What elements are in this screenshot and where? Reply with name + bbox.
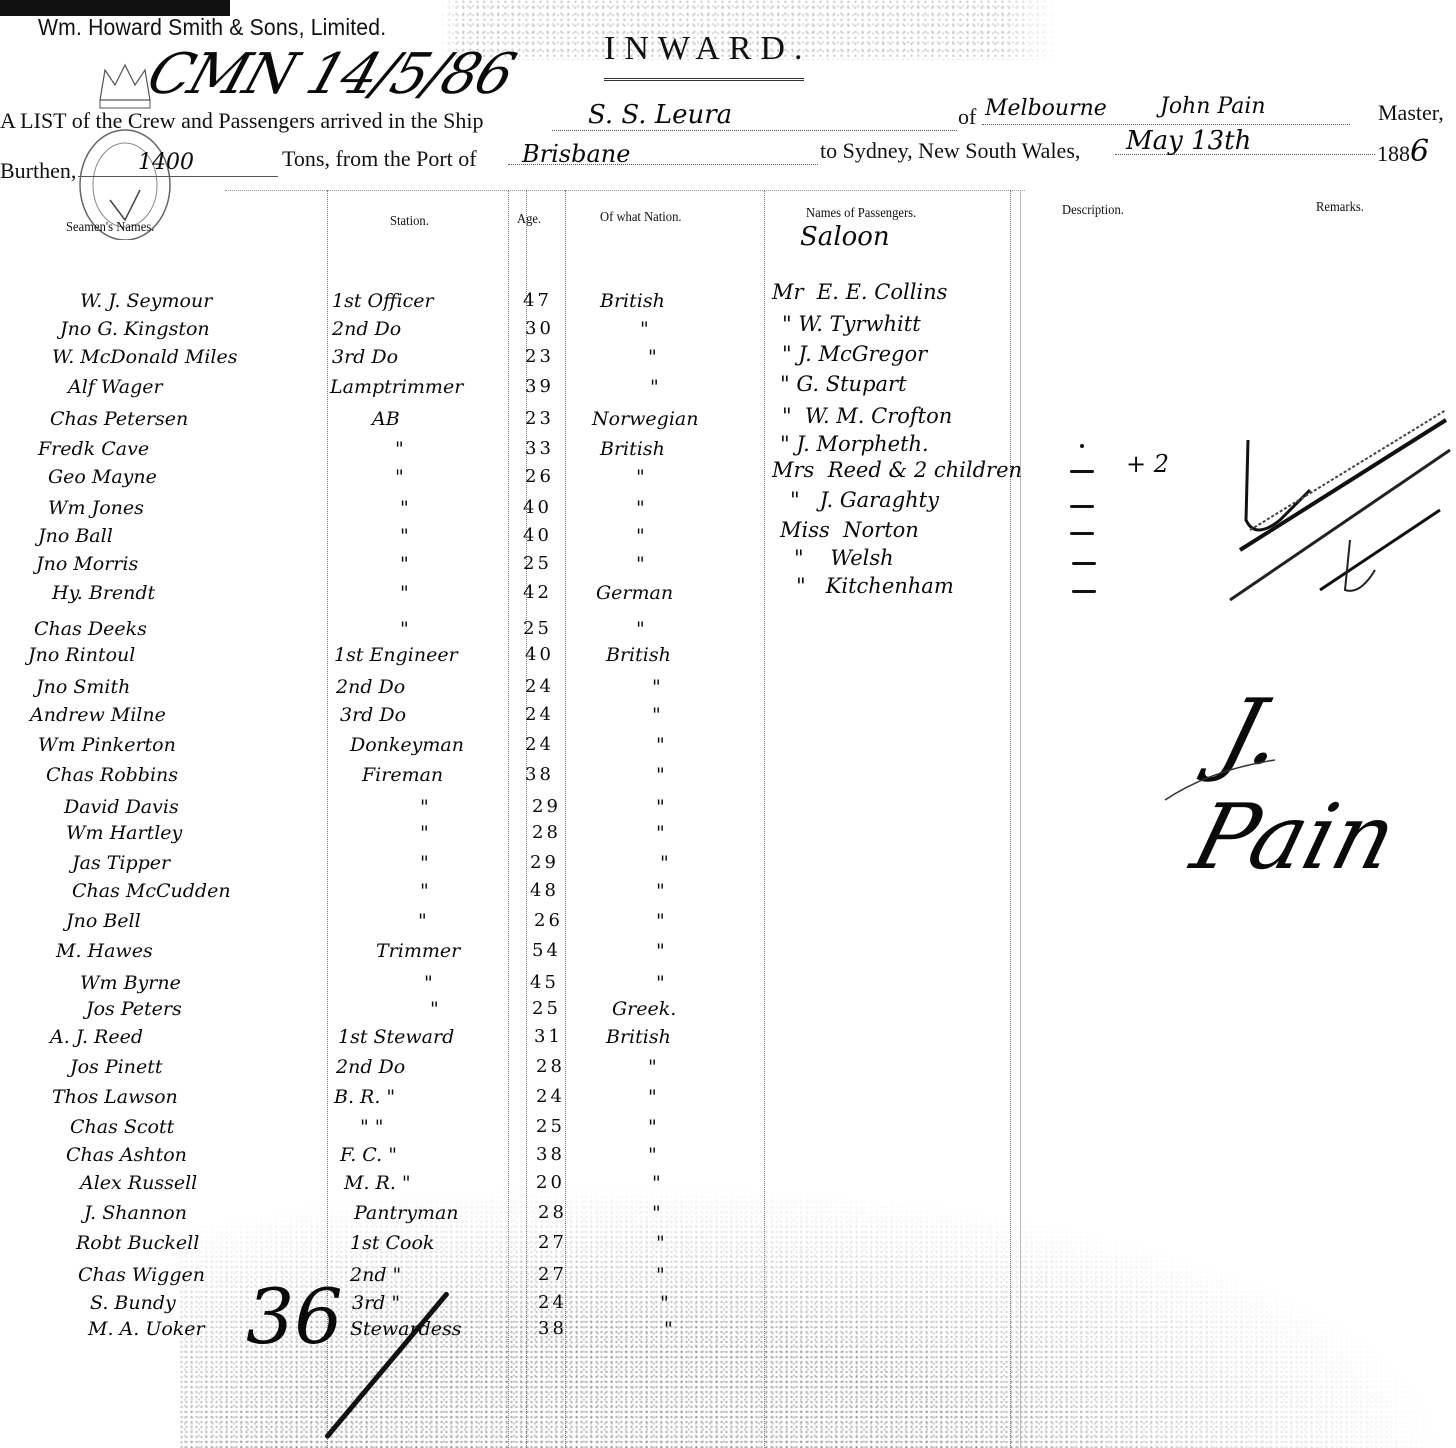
list-title-line: A LIST of the Crew and Passengers arrive… [0,108,484,134]
crew-nation: " [648,1144,657,1166]
crew-row: Wm Jones " 40 " [0,497,760,524]
passenger-row: Miss Norton [780,518,919,542]
crew-age: 54 [532,940,561,961]
crew-nation: Norwegian [592,408,698,430]
crew-nation: " [636,497,645,519]
crew-age: 23 [525,408,554,429]
from-port: Brisbane [522,140,630,168]
crew-age: 28 [538,1202,567,1223]
crew-station: " [430,998,439,1020]
crew-station: 2nd Do [336,1056,405,1078]
crew-name: J. Shannon [84,1202,187,1224]
crew-row: W. McDonald Miles 3rd Do 23 " [0,346,760,373]
crew-station: 1st Engineer [334,644,458,666]
description-dash [1070,532,1094,535]
tons-from-label: Tons, from the Port of [282,146,477,172]
crew-row: Jno Ball " 40 " [0,525,760,552]
crew-age: 38 [525,764,554,785]
crew-age: 24 [536,1086,565,1107]
description-dash [1070,470,1094,473]
crew-row: Wm Hartley " 28 " [0,822,760,849]
crew-station: 2nd Do [332,318,401,340]
crew-nation: " [660,1292,669,1314]
crew-name: Chas Petersen [50,408,188,430]
crew-age: 39 [525,376,554,397]
crew-row: Alex Russell M. R. " 20 " [0,1172,760,1199]
col-age: Age. [517,212,541,228]
crew-nation: " [636,618,645,640]
crew-row: Jno Smith 2nd Do 24 " [0,676,760,703]
crew-name: Wm Hartley [66,822,182,844]
crew-row: Wm Pinkerton Donkeyman 24 " [0,734,760,761]
ink-dot [1080,444,1084,448]
to-sydney-label: to Sydney, New South Wales, [820,138,1080,164]
crew-row: Chas Petersen AB 23 Norwegian [0,408,760,435]
crew-station: M. R. " [344,1172,411,1194]
crew-age: 29 [532,796,561,817]
crew-age: 27 [538,1264,567,1285]
crew-age: 30 [525,318,554,339]
crew-nation: " [636,466,645,488]
crew-station: AB [372,408,400,430]
crew-age: 27 [538,1232,567,1253]
remarks-tally-note: + 2 [1126,450,1169,478]
ship-name: S. S. Leura [588,100,732,130]
crew-name: W. McDonald Miles [52,346,238,368]
crew-nation: " [656,796,665,818]
crew-station: Fireman [362,764,443,786]
passenger-name: Reed & 2 children [828,458,1022,482]
crew-nation: British [606,1026,671,1048]
passenger-name: Welsh [830,546,893,570]
passenger-title: Mr [772,280,804,304]
column-divider [764,190,765,1448]
crew-row: Andrew Milne 3rd Do 24 " [0,704,760,731]
passenger-row: Mr E. E. Collins [772,280,947,304]
crew-age: 25 [532,998,561,1019]
crew-row: Jos Peters " 25 Greek. [0,998,760,1025]
crew-station: 1st Cook [350,1232,434,1254]
crew-station: Trimmer [376,940,460,962]
passenger-name: G. Stupart [796,372,906,396]
passenger-title: " [782,342,792,366]
description-dash [1072,590,1096,593]
crew-row: Robt Buckell 1st Cook 27 " [0,1232,760,1259]
crew-name: M. Hawes [56,940,153,962]
crew-age: 42 [523,582,552,603]
crew-station: B. R. " [334,1086,395,1108]
crew-nation: " [648,346,657,368]
crew-row: Alf Wager Lamptrimmer 39 " [0,376,760,403]
crew-age: 31 [534,1026,563,1047]
title-underline [604,78,804,81]
master-label: Master, [1378,100,1444,126]
crew-age: 33 [525,438,554,459]
crew-name: Chas McCudden [72,880,231,902]
crew-name: Alf Wager [68,376,163,398]
crew-row: Chas Scott " " 25 " [0,1116,760,1143]
crew-name: Chas Scott [70,1116,174,1138]
passenger-title: " [794,546,804,570]
passenger-name: E. E. Collins [817,280,948,304]
crew-age: 29 [530,852,559,873]
crew-row: Jno Morris " 25 " [0,553,760,580]
crew-age: 24 [525,734,554,755]
crew-name: Chas Ashton [66,1144,187,1166]
crew-station: " [395,466,404,488]
passenger-row: " Welsh [794,546,894,570]
crew-nation: " [652,1202,661,1224]
crew-row: Jno Bell " 26 " [0,910,760,937]
list-prefix: A LIST of the Crew and Passengers arrive… [0,108,484,133]
crew-station: 3rd " [352,1292,400,1314]
crew-station: Stewardess [350,1318,461,1340]
port-master-line [982,124,1350,125]
crew-nation: " [664,1318,673,1340]
col-passenger-names: Names of Passengers. [806,206,916,222]
crew-row: Jno Rintoul 1st Engineer 40 British [0,644,760,671]
crew-name: Jno Morris [36,553,138,575]
column-divider [1010,190,1011,1448]
crew-age: 24 [538,1292,567,1313]
crew-station: 2nd " [350,1264,401,1286]
crew-name: M. A. Uoker [88,1318,205,1340]
year: 1886 [1377,134,1429,169]
passenger-row: " J. McGregor [782,342,927,366]
crew-name: Chas Wiggen [78,1264,205,1286]
crew-row: M. A. Uoker Stewardess 38 " [0,1318,760,1345]
crew-nation: German [596,582,673,604]
crew-nation: British [606,644,671,666]
crew-station: 3rd Do [340,704,406,726]
crew-station: F. C. " [340,1144,397,1166]
form-title: INWARD. [604,30,811,68]
crew-row: Jas Tipper " 29 " [0,852,760,879]
header-rule [225,190,1025,191]
crew-nation: " [652,704,661,726]
crew-row: Geo Mayne " 26 " [0,466,760,493]
crew-station: Pantryman [354,1202,459,1224]
crew-name: Thos Lawson [52,1086,178,1108]
description-dash [1070,505,1094,508]
passenger-row: " G. Stupart [780,372,907,396]
crew-name: Wm Jones [48,497,144,519]
crew-row: David Davis " 29 " [0,796,760,823]
passenger-title: " [780,432,790,456]
crew-nation: " [660,852,669,874]
crew-age: 48 [530,880,559,901]
crew-nation: " [652,1172,661,1194]
passenger-title: Mrs [772,458,814,482]
crew-name: Jno Bell [66,910,141,932]
crew-nation: " [656,734,665,756]
crew-station: 1st Steward [338,1026,454,1048]
crew-age: 25 [536,1116,565,1137]
passenger-name: J. Morpheth. [796,432,928,456]
crew-age: 20 [536,1172,565,1193]
passenger-title: " [790,488,800,512]
home-port: Melbourne [985,96,1107,121]
crew-age: 38 [538,1318,567,1339]
col-nation: Of what Nation. [600,210,682,226]
passenger-row: Mrs Reed & 2 children [772,458,1022,482]
passenger-name: W. M. Crofton [805,404,952,428]
crew-nation: " [640,318,649,340]
crew-name: Jno G. Kingston [60,318,210,340]
year-prefix: 188 [1377,141,1410,166]
crew-nation: British [600,438,665,460]
crew-name: Geo Mayne [48,466,157,488]
crew-nation: " [648,1116,657,1138]
passenger-row: " J. Garaghty [790,488,939,512]
crew-row: A. J. Reed 1st Steward 31 British [0,1026,760,1053]
crew-age: 24 [525,676,554,697]
ship-field-line [552,130,957,131]
crew-age: 47 [523,290,552,311]
crew-name: Jas Tipper [72,852,170,874]
crew-row: Chas Wiggen 2nd " 27 " [0,1264,760,1291]
burthen-field-line [78,176,278,177]
crew-station: " [420,796,429,818]
passenger-class: Saloon [800,222,890,252]
crew-age: 24 [525,704,554,725]
crew-name: Wm Byrne [80,972,181,994]
crew-name: Chas Robbins [46,764,178,786]
passenger-name: J. McGregor [798,342,927,366]
crew-station: " [400,525,409,547]
crew-row: Jno G. Kingston 2nd Do 30 " [0,318,760,345]
crew-age: 40 [523,497,552,518]
of-label: of [958,104,976,130]
crew-name: Wm Pinkerton [38,734,176,756]
passenger-name: Kitchenham [826,574,954,598]
column-divider [1020,190,1021,1448]
crew-row: Hy. Brendt " 42 German [0,582,760,609]
crew-station: " [400,582,409,604]
passenger-name: Norton [843,518,919,542]
crew-nation: British [600,290,665,312]
crew-name: S. Bundy [90,1292,176,1314]
passenger-name: W. Tyrwhitt [798,312,920,336]
crew-row: Jos Pinett 2nd Do 28 " [0,1056,760,1083]
crew-age: 28 [532,822,561,843]
crew-nation: " [648,1086,657,1108]
burthen-label: Burthen, [0,158,76,184]
crew-nation: " [656,1232,665,1254]
description-dash [1072,562,1096,565]
passenger-name: J. Garaghty [820,488,939,512]
crew-name: Jno Smith [36,676,130,698]
passenger-title: " [780,372,790,396]
crew-name: Jno Rintoul [28,644,135,666]
crew-station: 1st Officer [332,290,434,312]
crossed-out-remark-icon [1210,400,1456,620]
crew-station: " [395,438,404,460]
crew-station: " [420,852,429,874]
crew-total: 36 [246,1272,343,1361]
col-seamen-names: Seamen's Names. [66,220,154,236]
passenger-title: " [796,574,806,598]
crew-name: Robt Buckell [76,1232,199,1254]
crew-age: 26 [534,910,563,931]
passenger-row: " J. Morpheth. [780,432,929,456]
crew-row: Chas Ashton F. C. " 38 " [0,1144,760,1171]
crew-row: J. Shannon Pantryman 28 " [0,1202,760,1229]
master-name: John Pain [1160,94,1266,119]
crew-station: " [418,910,427,932]
crew-age: 23 [525,346,554,367]
crew-age: 45 [530,972,559,993]
crew-name: Jno Ball [38,525,113,547]
crew-nation: " [656,972,665,994]
crew-station: " [400,497,409,519]
crew-name: A. J. Reed [50,1026,143,1048]
company-name: Wm. Howard Smith & Sons, Limited. [38,14,386,41]
crew-nation: " [652,676,661,698]
crew-station: " " [360,1116,384,1138]
crew-nation: " [648,1056,657,1078]
signature-flourish-icon [1160,740,1280,810]
crew-nation: " [656,910,665,932]
arrival-date: May 13th [1126,126,1251,156]
crew-row: Fredk Cave " 33 British [0,438,760,465]
passenger-row: " W. M. Crofton [782,404,952,428]
crew-nation: Greek. [612,998,676,1020]
crew-station: " [424,972,433,994]
crew-name: Jos Peters [86,998,182,1020]
crew-age: 25 [523,618,552,639]
col-description: Description. [1062,203,1124,219]
col-remarks: Remarks. [1316,200,1364,216]
crew-age: 38 [536,1144,565,1165]
crew-age: 40 [525,644,554,665]
crew-row: Thos Lawson B. R. " 24 " [0,1086,760,1113]
crew-name: Fredk Cave [38,438,149,460]
crew-row: Chas Deeks " 25 " [0,618,760,645]
crew-nation: " [636,553,645,575]
burthen-tons: 1400 [138,150,194,175]
crew-station: 2nd Do [336,676,405,698]
crew-station: " [400,618,409,640]
passenger-row: " W. Tyrwhitt [782,312,921,336]
crew-nation: " [656,764,665,786]
passenger-row: " Kitchenham [796,574,954,598]
crew-nation: " [656,1264,665,1286]
crew-row: M. Hawes Trimmer 54 " [0,940,760,967]
crew-name: Alex Russell [80,1172,197,1194]
passenger-title: " [782,312,792,336]
crew-age: 25 [523,553,552,574]
crew-name: Chas Deeks [34,618,147,640]
crew-age: 28 [536,1056,565,1077]
crew-name: Jos Pinett [70,1056,162,1078]
crew-name: W. J. Seymour [80,290,212,312]
crew-age: 40 [523,525,552,546]
crew-station: 3rd Do [332,346,398,368]
year-suffix: 6 [1410,134,1429,169]
crew-nation: " [656,880,665,902]
crew-nation: " [656,940,665,962]
crew-row: W. J. Seymour 1st Officer 47 British [0,290,760,317]
crew-nation: " [650,376,659,398]
crew-nation: " [636,525,645,547]
crew-row: Chas McCudden " 48 " [0,880,760,907]
crew-station: " [400,553,409,575]
crew-row: Wm Byrne " 45 " [0,972,760,999]
crew-name: Hy. Brendt [52,582,155,604]
crew-name: Andrew Milne [30,704,166,726]
col-station: Station. [390,214,429,230]
crew-row: S. Bundy 3rd " 24 " [0,1292,760,1319]
reference-number: CMN 14/5/86 [139,42,521,107]
crew-station: Lamptrimmer [330,376,463,398]
crew-row: Chas Robbins Fireman 38 " [0,764,760,791]
crew-name: David Davis [64,796,179,818]
passenger-title: " [782,404,792,428]
crew-age: 26 [525,466,554,487]
passenger-title: Miss [780,518,830,542]
crew-station: " [420,822,429,844]
crew-nation: " [656,822,665,844]
crew-station: " [420,880,429,902]
crew-station: Donkeyman [350,734,464,756]
